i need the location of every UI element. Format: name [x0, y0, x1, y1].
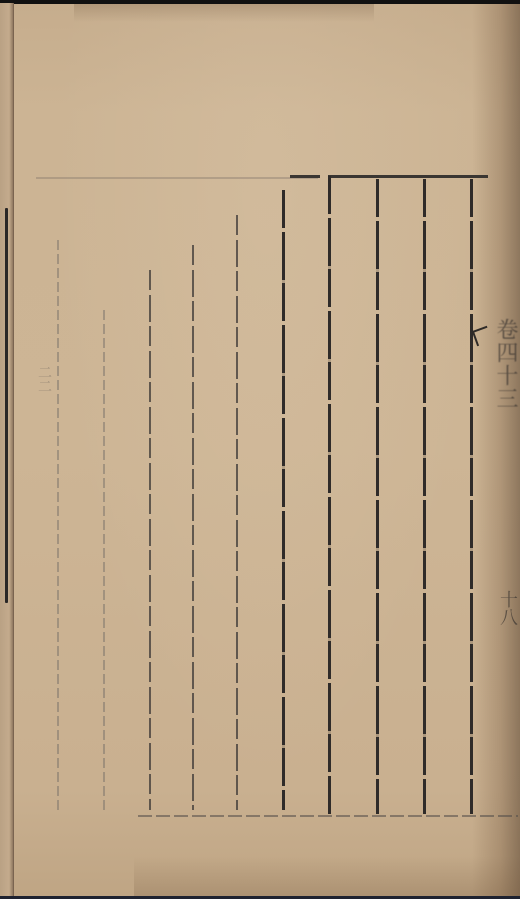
book-page	[14, 4, 520, 896]
column-rule-3	[149, 270, 151, 810]
page-stain-bottom	[134, 856, 520, 896]
page-stain-top	[74, 4, 374, 22]
frame-top-border-segment	[290, 175, 320, 178]
scanned-page: 二二 卷四十三 十八	[0, 0, 520, 899]
frame-top-border-faint	[36, 177, 318, 179]
frame-bottom-border	[138, 815, 518, 817]
previous-page-edge	[0, 3, 13, 897]
column-rule-9	[423, 179, 426, 814]
faint-offset-characters: 二二	[32, 365, 54, 425]
column-rule-7	[328, 176, 331, 814]
column-rule-5	[236, 215, 238, 810]
previous-page-border-rule	[5, 208, 8, 603]
column-rule-4	[192, 245, 194, 810]
column-rule-6	[282, 190, 285, 810]
column-rule-8	[376, 179, 379, 814]
column-rule-1	[57, 240, 59, 810]
column-rule-10	[470, 179, 473, 814]
frame-top-border	[328, 175, 488, 178]
margin-page-number: 十八	[482, 590, 518, 640]
column-rule-2	[103, 310, 105, 810]
margin-volume-title: 卷四十三	[480, 318, 518, 548]
